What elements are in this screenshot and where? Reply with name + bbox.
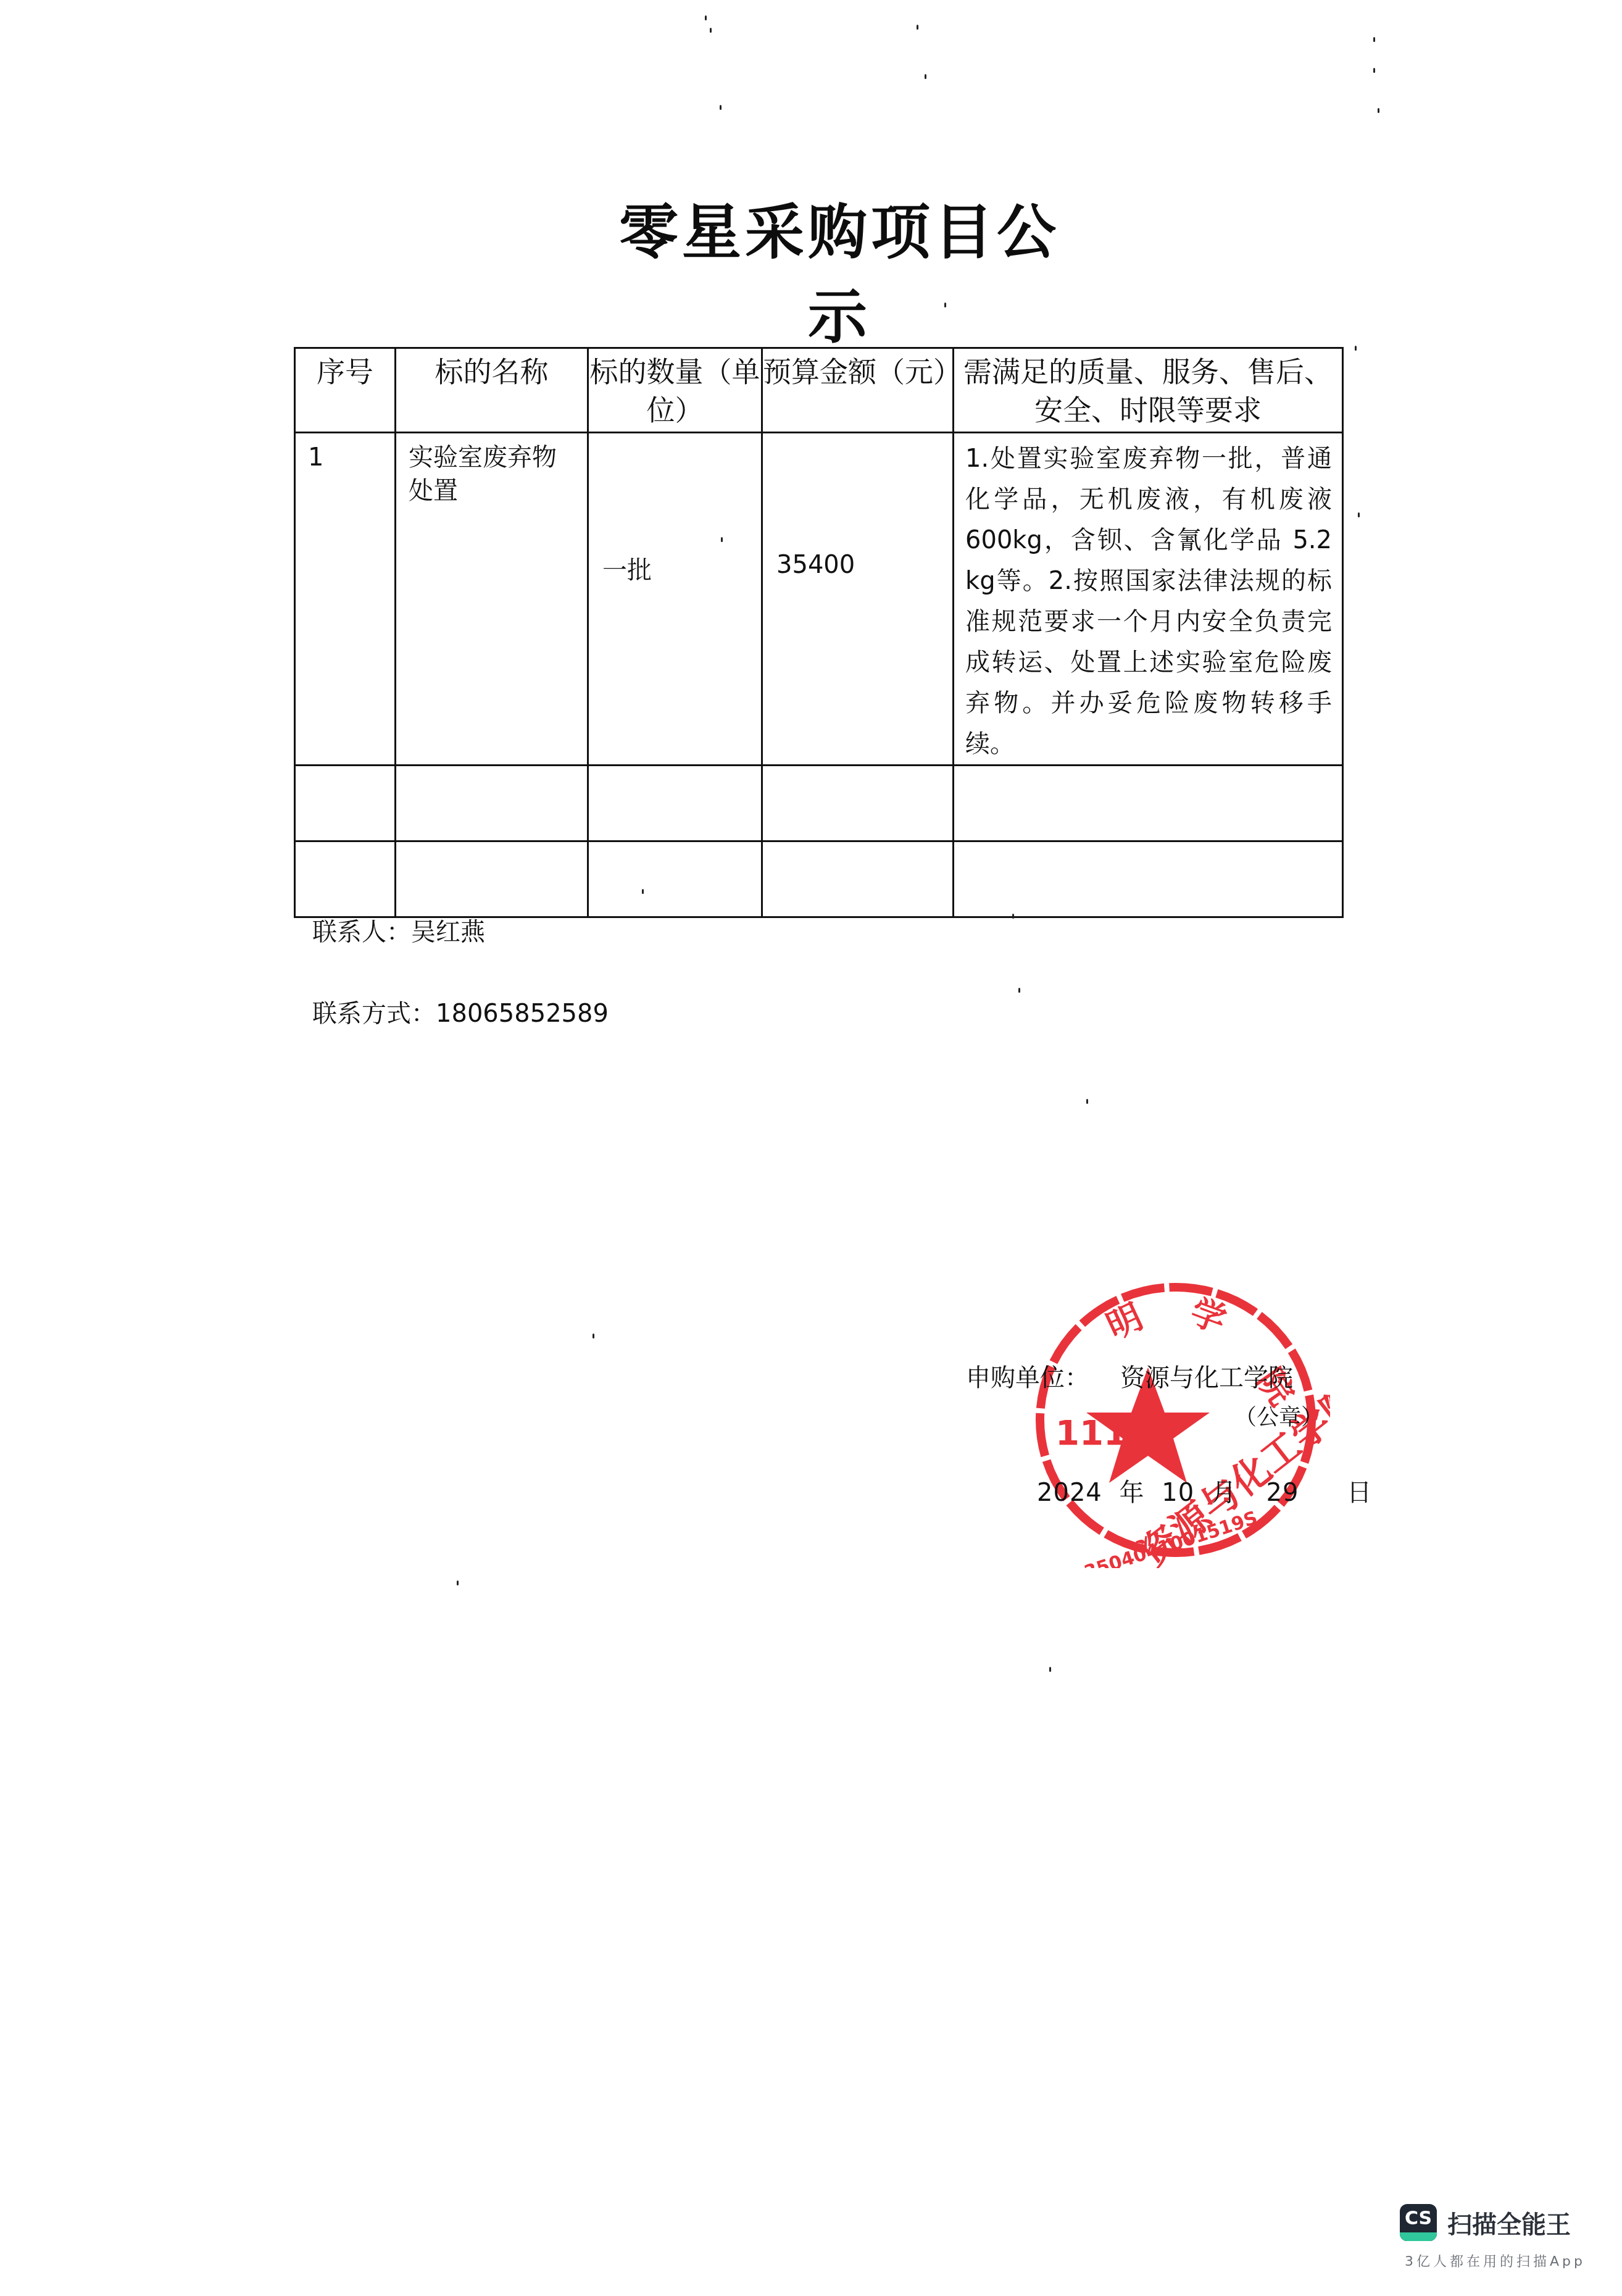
table-row — [295, 766, 1343, 841]
contact-person: 联系人：吴红燕 — [312, 912, 485, 948]
applicant-name: 资源与化工学院 — [1120, 1358, 1293, 1393]
applicant-label: 申购单位： — [966, 1358, 1089, 1393]
cell-item-name — [396, 766, 588, 841]
seal-left-text: 111 — [1055, 1413, 1128, 1453]
cell-budget: 35400 — [763, 433, 952, 579]
cell-quantity: 一批 — [589, 433, 761, 586]
contact-phone-label: 联系方式： — [312, 1000, 436, 1028]
camscanner-logo-icon: CS — [1400, 2204, 1437, 2241]
contact-person-name: 吴红燕 — [411, 918, 485, 946]
cell-serial — [295, 766, 396, 841]
procurement-table: 序号 标的名称 标的数量（单位） 预算金额（元） 需满足的质量、服务、售后、安全… — [294, 347, 1344, 918]
header-quantity: 标的数量（单位） — [588, 348, 762, 433]
date-month-unit: 月 — [1212, 1473, 1237, 1508]
watermark-app-name: 扫描全能王 — [1447, 2205, 1571, 2240]
header-budget: 预算金额（元） — [762, 348, 954, 433]
cell-budget — [762, 766, 954, 841]
table-header-row: 序号 标的名称 标的数量（单位） 预算金额（元） 需满足的质量、服务、售后、安全… — [295, 348, 1343, 433]
signing-date: 2024 年 10 月 29 日 — [1037, 1473, 1381, 1508]
cell-budget — [762, 841, 954, 917]
seal-note: （公章） — [1234, 1400, 1323, 1432]
date-day-unit: 日 — [1347, 1473, 1372, 1508]
contact-phone-number: 18065852589 — [436, 1000, 609, 1028]
watermark-tagline: 3亿人都在用的扫描App — [1405, 2251, 1586, 2270]
document-title: 零星采购项目公示 — [593, 185, 1086, 354]
date-month: 10 — [1162, 1479, 1194, 1507]
table-row: 1 实验室废弃物处置 一批 35400 1.处置实验室废弃物一批，普通化学品，无… — [295, 433, 1343, 766]
cell-serial: 1 — [296, 433, 394, 474]
cell-requirements: 1.处置实验室废弃物一批，普通化学品，无机废液，有机废液600kg，含钡、含氰化… — [954, 433, 1342, 764]
cell-requirements — [954, 841, 1343, 917]
header-requirements: 需满足的质量、服务、售后、安全、时限等要求 — [954, 348, 1343, 433]
contact-phone: 联系方式：18065852589 — [312, 994, 609, 1029]
date-year-unit: 年 — [1120, 1473, 1145, 1508]
contact-person-label: 联系人： — [312, 918, 411, 946]
date-day: 29 — [1266, 1479, 1299, 1507]
cell-item-name: 实验室废弃物处置 — [396, 433, 587, 507]
cell-quantity — [588, 841, 762, 917]
scanned-page: 零星采购项目公示 序号 标的名称 标的数量（单位） 预算金额（元） 需满足的质量… — [0, 0, 1622, 2296]
applicant-unit: 申购单位：资源与化工学院 — [966, 1358, 1293, 1393]
header-item-name: 标的名称 — [396, 348, 588, 433]
header-serial: 序号 — [295, 348, 396, 433]
scanner-watermark: CS 扫描全能王 3亿人都在用的扫描App — [1400, 2204, 1586, 2270]
cell-serial — [295, 841, 396, 917]
cell-quantity — [588, 766, 762, 841]
cell-item-name — [396, 841, 588, 917]
date-year: 2024 — [1037, 1479, 1102, 1507]
cell-requirements — [954, 766, 1343, 841]
table-row — [295, 841, 1343, 917]
